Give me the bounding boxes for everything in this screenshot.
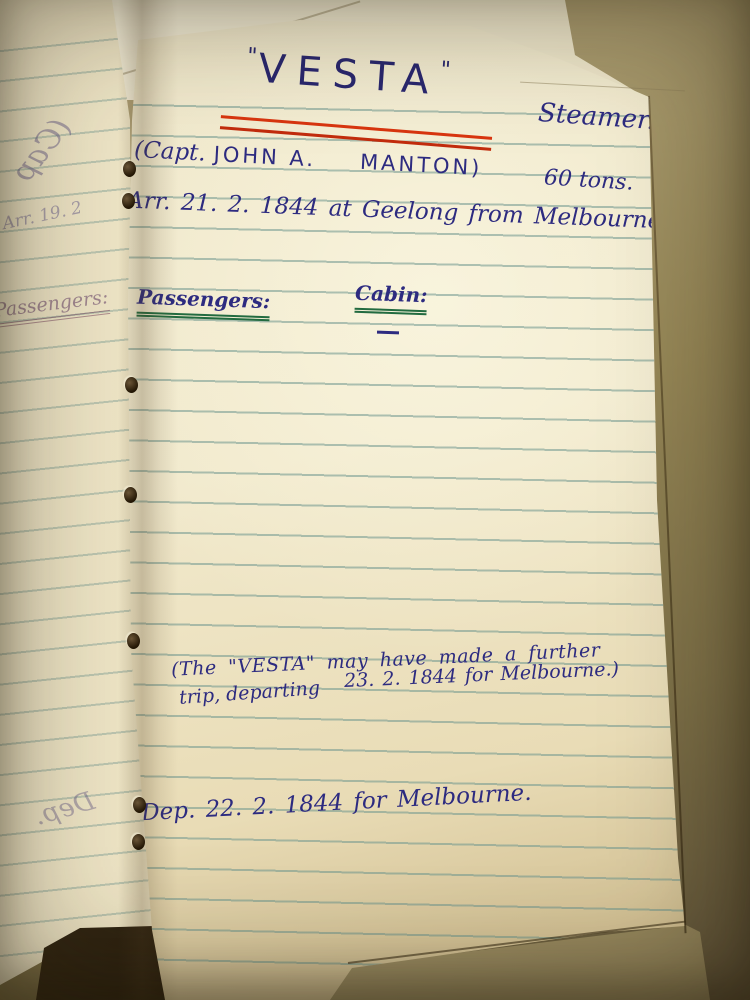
notebook-photo: (Cap Arr. 19. 2 Passengers: Dep. "VESTA"… [0,0,750,1000]
gutter-shadow [0,0,750,1000]
punch-hole [133,797,146,813]
punch-hole [127,633,140,649]
punch-hole [125,377,138,393]
punch-hole [124,487,137,503]
punch-hole [132,834,145,850]
punch-hole [122,193,135,209]
punch-hole [123,161,136,177]
